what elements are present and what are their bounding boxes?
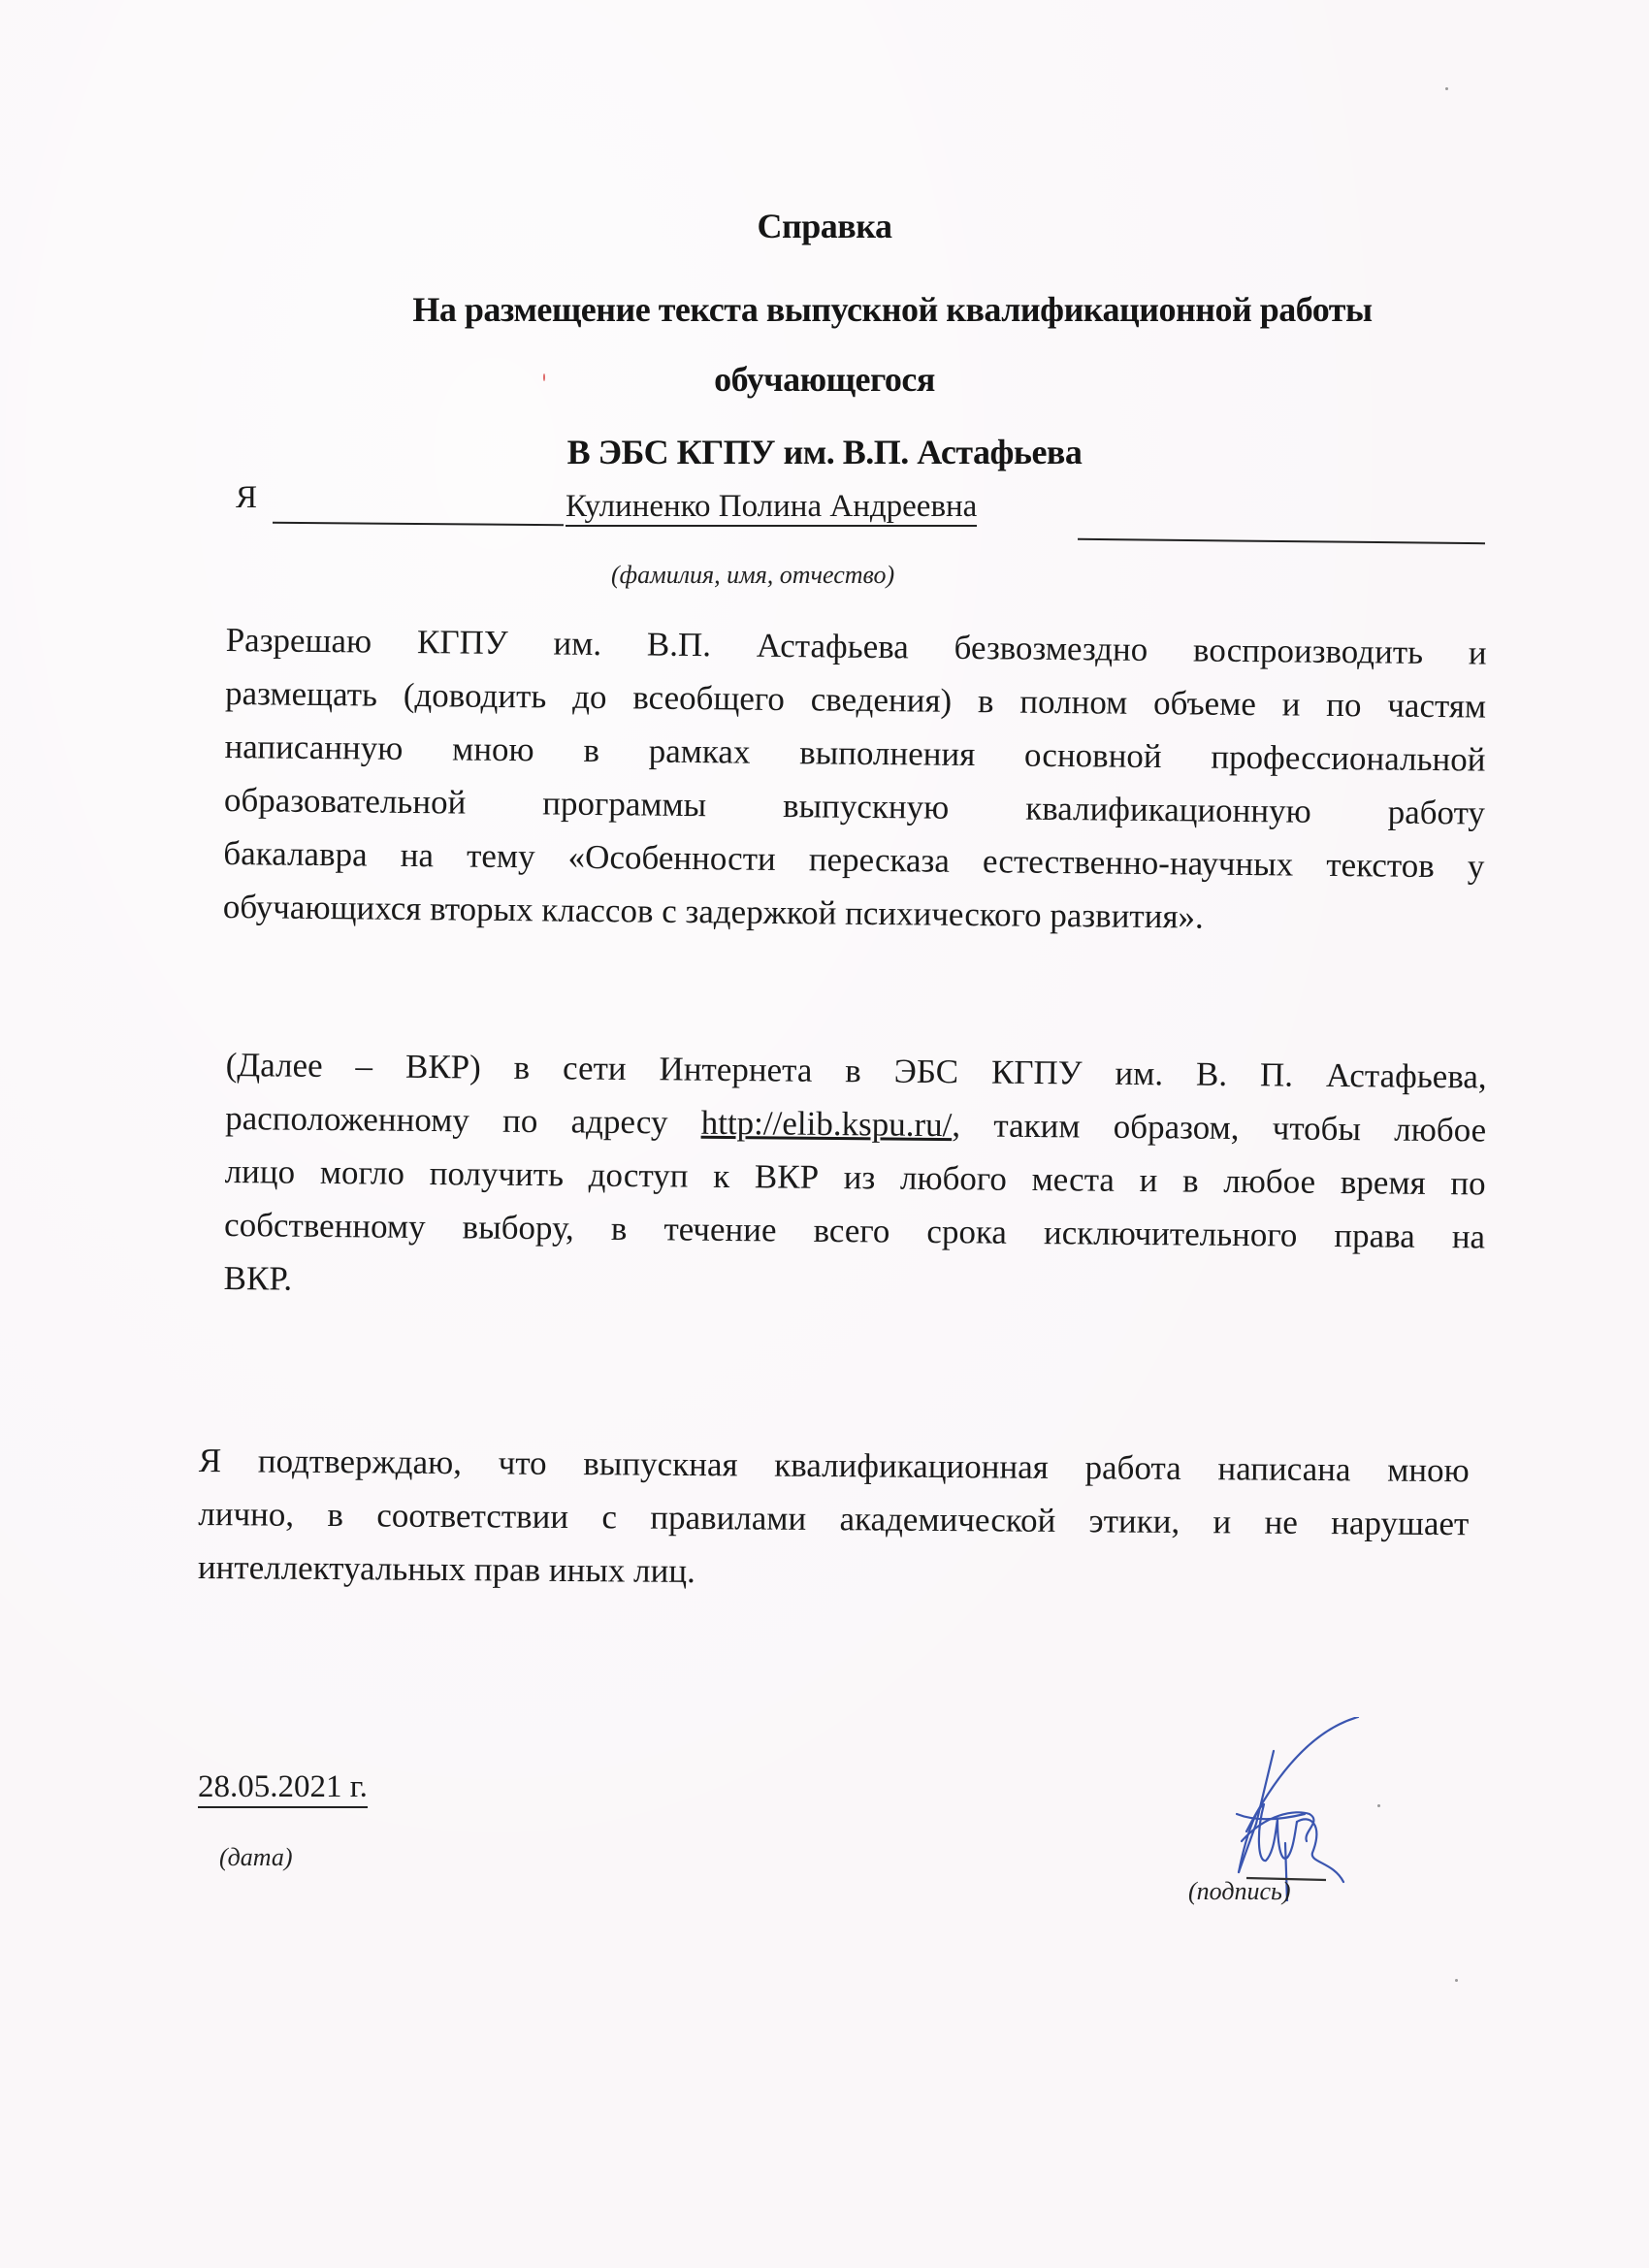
name-field-row: Я Кулиненко Полина Андреевна: [236, 480, 1487, 529]
document-title: Справка: [0, 206, 1649, 246]
document-subtitle-line3: В ЭБС КГПУ им. В.П. Астафьева: [0, 432, 1649, 472]
name-caption: (фамилия, имя, отчество): [611, 561, 894, 590]
scanned-document-page: Справка На размещение текста выпускной к…: [0, 0, 1649, 2268]
link-suffix-text: , таким образом, чтобы любое: [952, 1106, 1486, 1149]
scan-speck: [1455, 1979, 1458, 1982]
elib-link[interactable]: http://elib.kspu.ru/: [701, 1104, 953, 1144]
blank-line-left: [273, 522, 564, 527]
paragraph-line: интеллектуальных прав иных лиц.: [198, 1540, 1469, 1604]
signature-caption: (подпись): [1188, 1877, 1291, 1906]
full-name-field: Кулиненко Полина Андреевна: [566, 488, 977, 527]
blank-line-right: [1078, 538, 1485, 544]
date-field: 28.05.2021 г.: [198, 1767, 368, 1808]
permission-paragraph: Разрешаю КГПУ им. В.П. Астафьева безвозм…: [223, 613, 1487, 947]
scan-speck: [543, 373, 545, 381]
link-prefix-text: расположенному по адресу: [225, 1099, 701, 1142]
handwritten-signature: [1188, 1717, 1382, 1901]
document-subtitle-line2: обучающегося: [0, 359, 1649, 400]
paragraph-line: Я подтверждаю, что выпускная квалификаци…: [199, 1434, 1470, 1497]
placement-paragraph: (Далее – ВКР) в сети Интернета в ЭБС КГП…: [223, 1038, 1487, 1316]
scan-speck: [1377, 1804, 1380, 1807]
date-caption: (дата): [219, 1843, 293, 1872]
scan-speck: [1445, 87, 1448, 90]
name-prefix: Я: [236, 480, 257, 516]
paragraph-line: лично, в соответствии с правилами академ…: [198, 1487, 1469, 1550]
confirmation-paragraph: Я подтверждаю, что выпускная квалификаци…: [198, 1434, 1470, 1604]
document-subtitle-line1: На размещение текста выпускной квалифика…: [330, 289, 1455, 330]
